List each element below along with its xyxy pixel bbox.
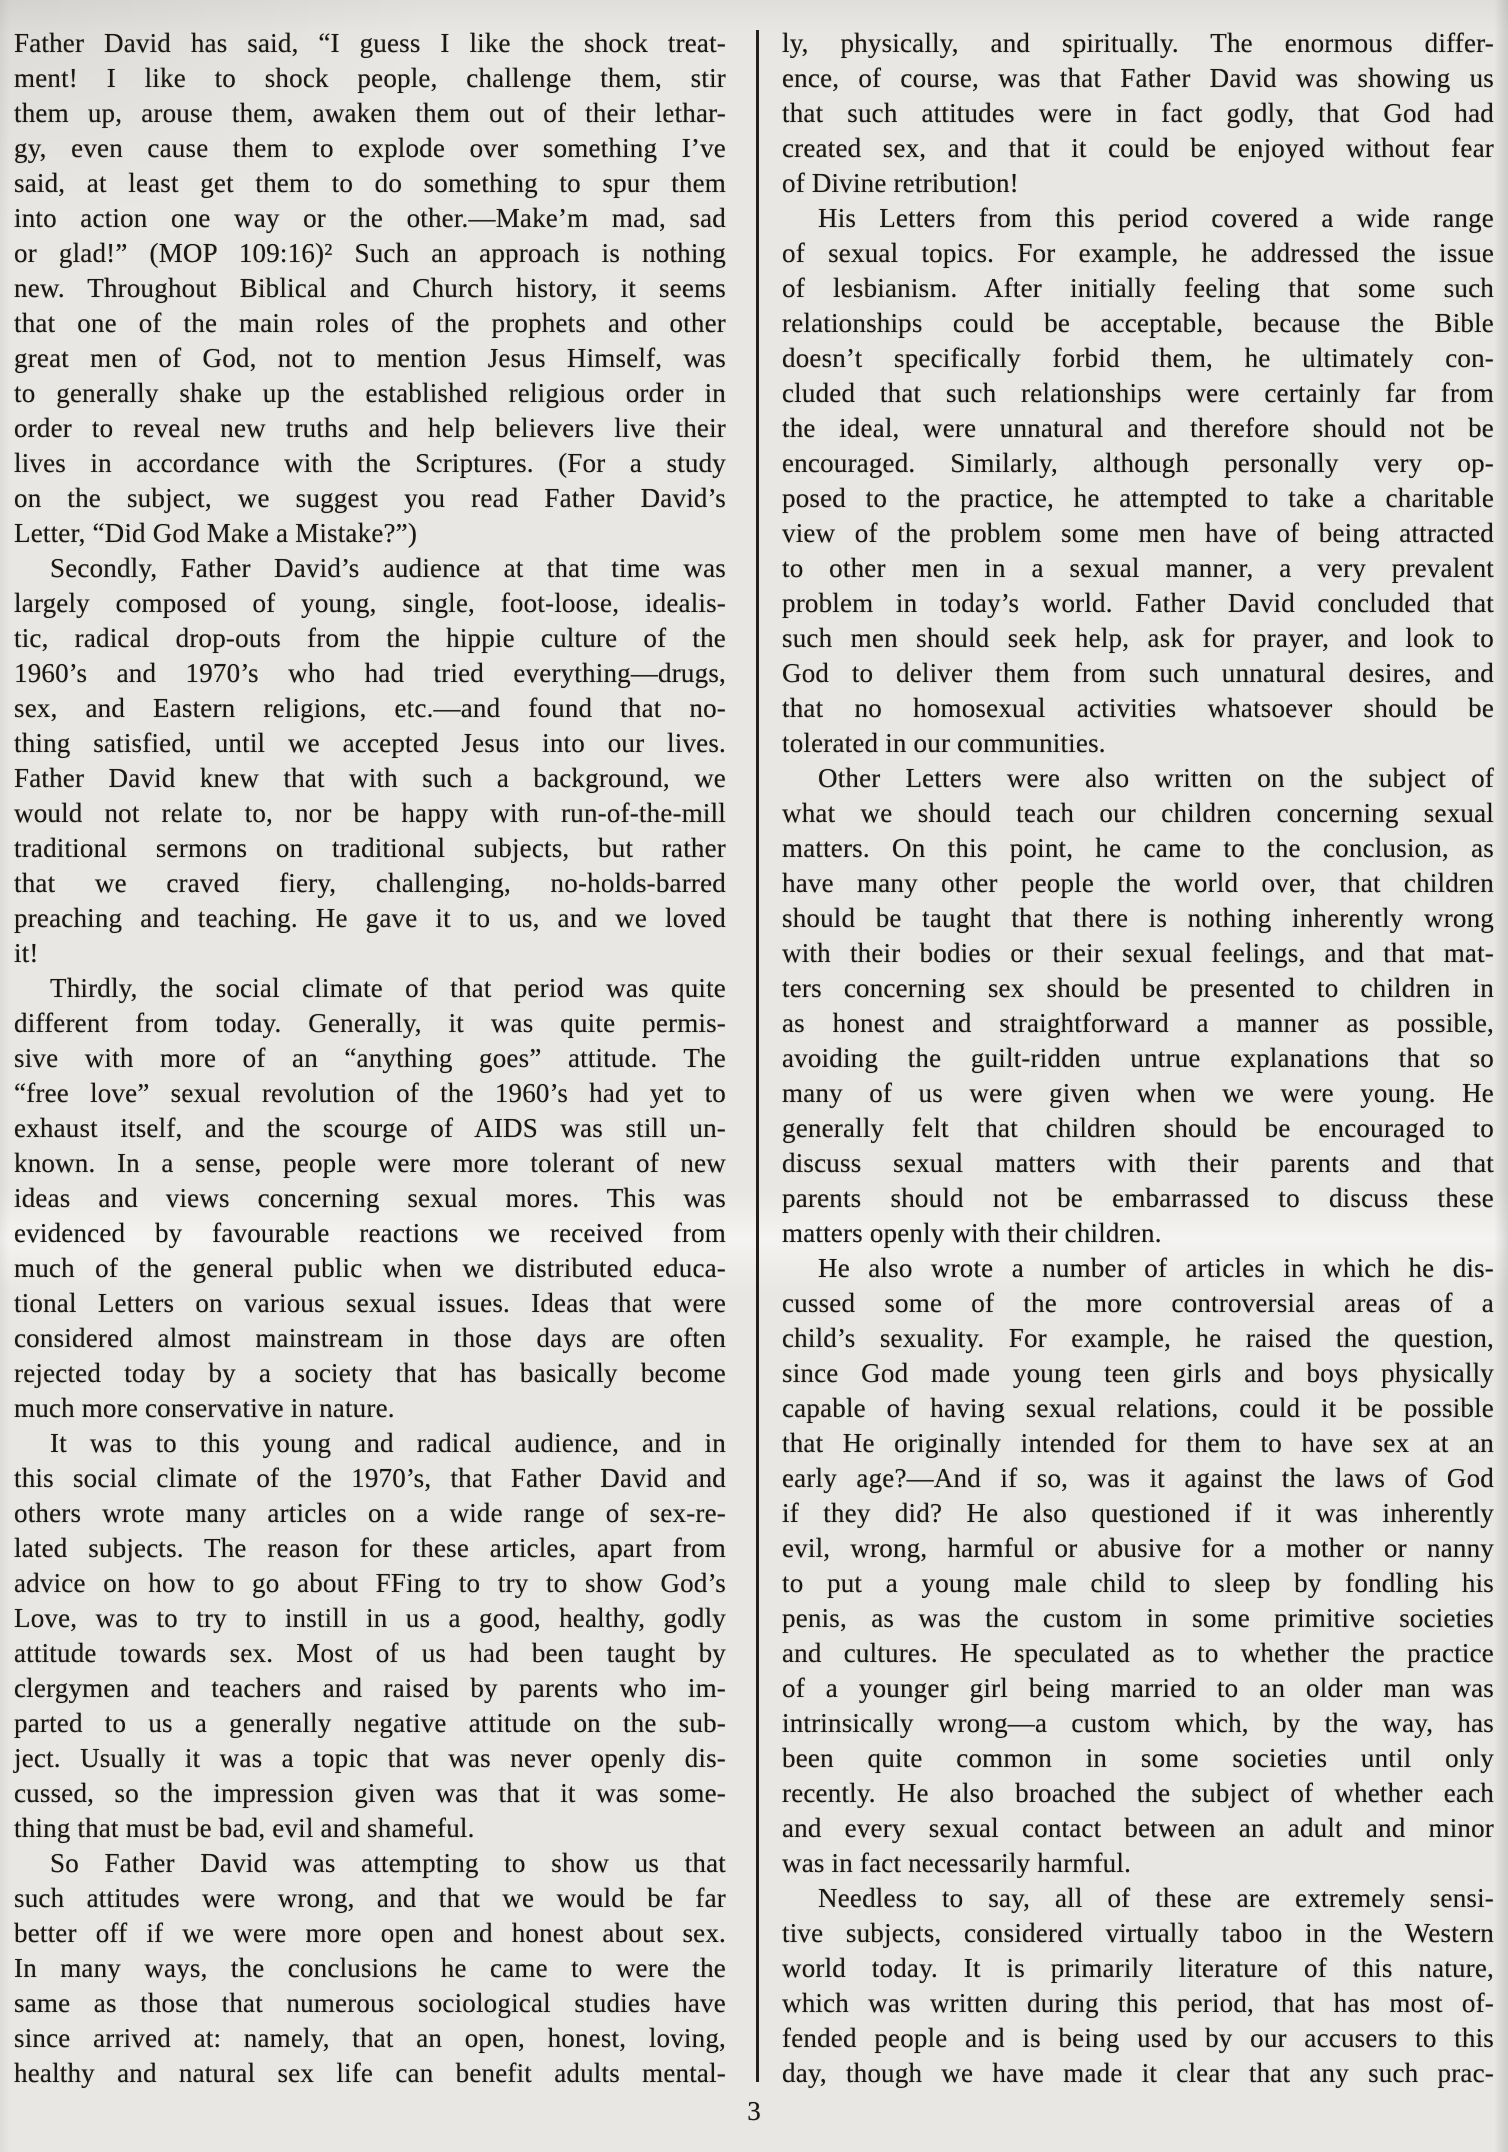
text-line: lated subjects. The reason for these art… — [14, 1531, 726, 1566]
paragraph: His Letters from this period covered a w… — [782, 201, 1494, 761]
text-line: and every sexual contact between an adul… — [782, 1811, 1494, 1846]
text-line: have many other people the world over, t… — [782, 866, 1494, 901]
text-line: or glad!” (MOP 109:16)² Such an approach… — [14, 236, 726, 271]
text-line: sive with more of an “anything goes” att… — [14, 1041, 726, 1076]
text-line: thing that must be bad, evil and shamefu… — [14, 1811, 726, 1846]
text-line: to generally shake up the established re… — [14, 376, 726, 411]
text-line: ideas and views concerning sexual mores.… — [14, 1181, 726, 1216]
text-line: healthy and natural sex life can benefit… — [14, 2056, 726, 2091]
text-line: “free love” sexual revolution of the 196… — [14, 1076, 726, 1111]
text-line: ly, physically, and spiritually. The eno… — [782, 26, 1494, 61]
document-page: Father David has said, “I guess I like t… — [0, 0, 1508, 2152]
text-line: Needless to say, all of these are extrem… — [782, 1881, 1494, 1916]
text-line: problem in today’s world. Father David c… — [782, 586, 1494, 621]
text-line: others wrote many articles on a wide ran… — [14, 1496, 726, 1531]
text-line: posed to the practice, he attempted to t… — [782, 481, 1494, 516]
text-line: such men should seek help, ask for praye… — [782, 621, 1494, 656]
text-line: early age?—And if so, was it against the… — [782, 1461, 1494, 1496]
text-line: of sexual topics. For example, he addres… — [782, 236, 1494, 271]
text-line: gy, even cause them to explode over some… — [14, 131, 726, 166]
text-line: lives in accordance with the Scriptures.… — [14, 446, 726, 481]
text-line: Thirdly, the social climate of that peri… — [14, 971, 726, 1006]
text-line: said, at least get them to do something … — [14, 166, 726, 201]
text-line: largely composed of young, single, foot-… — [14, 586, 726, 621]
text-line: penis, as was the custom in some primiti… — [782, 1601, 1494, 1636]
text-line: of Divine retribution! — [782, 166, 1494, 201]
text-line: that such attitudes were in fact godly, … — [782, 96, 1494, 131]
text-line: Other Letters were also written on the s… — [782, 761, 1494, 796]
text-line: tolerated in our communities. — [782, 726, 1494, 761]
text-line: and cultures. He speculated as to whethe… — [782, 1636, 1494, 1671]
page-number: 3 — [0, 2096, 1508, 2127]
text-line: advice on how to go about FFing to try t… — [14, 1566, 726, 1601]
text-line: that no homosexual activities whatsoever… — [782, 691, 1494, 726]
text-line: view of the problem some men have of bei… — [782, 516, 1494, 551]
text-line: tional Letters on various sexual issues.… — [14, 1286, 726, 1321]
text-line: tive subjects, considered virtually tabo… — [782, 1916, 1494, 1951]
left-column: Father David has said, “I guess I like t… — [14, 26, 726, 2091]
text-line: In many ways, the conclusions he came to… — [14, 1951, 726, 1986]
text-line: been quite common in some societies unti… — [782, 1741, 1494, 1776]
text-line: It was to this young and radical audienc… — [14, 1426, 726, 1461]
text-line: on the subject, we suggest you read Fath… — [14, 481, 726, 516]
text-line: sex, and Eastern religions, etc.—and fou… — [14, 691, 726, 726]
text-line: since God made young teen girls and boys… — [782, 1356, 1494, 1391]
text-line: evidenced by favourable reactions we rec… — [14, 1216, 726, 1251]
text-line: was in fact necessarily harmful. — [782, 1846, 1494, 1881]
text-line: avoiding the guilt-ridden untrue explana… — [782, 1041, 1494, 1076]
text-line: recently. He also broached the subject o… — [782, 1776, 1494, 1811]
text-line: many of us were given when we were young… — [782, 1076, 1494, 1111]
text-line: world today. It is primarily literature … — [782, 1951, 1494, 1986]
text-line: would not relate to, nor be happy with r… — [14, 796, 726, 831]
text-line: of a younger girl being married to an ol… — [782, 1671, 1494, 1706]
text-line: ject. Usually it was a topic that was ne… — [14, 1741, 726, 1776]
text-line: fended people and is being used by our a… — [782, 2021, 1494, 2056]
text-line: that one of the main roles of the prophe… — [14, 306, 726, 341]
text-line: the ideal, were unnatural and therefore … — [782, 411, 1494, 446]
text-line: of lesbianism. After initially feeling t… — [782, 271, 1494, 306]
text-line: that He originally intended for them to … — [782, 1426, 1494, 1461]
text-line: cluded that such relationships were cert… — [782, 376, 1494, 411]
text-line: which was written during this period, th… — [782, 1986, 1494, 2021]
paragraph: Needless to say, all of these are extrem… — [782, 1881, 1494, 2091]
text-line: much more conservative in nature. — [14, 1391, 726, 1426]
text-line: order to reveal new truths and help beli… — [14, 411, 726, 446]
text-line: since arrived at: namely, that an open, … — [14, 2021, 726, 2056]
text-line: into action one way or the other.—Make’m… — [14, 201, 726, 236]
text-line: evil, wrong, harmful or abusive for a mo… — [782, 1531, 1494, 1566]
text-line: it! — [14, 936, 726, 971]
text-line: this social climate of the 1970’s, that … — [14, 1461, 726, 1496]
text-line: tic, radical drop-outs from the hippie c… — [14, 621, 726, 656]
text-line: attitude towards sex. Most of us had bee… — [14, 1636, 726, 1671]
text-line: if they did? He also questioned if it wa… — [782, 1496, 1494, 1531]
text-line: discuss sexual matters with their parent… — [782, 1146, 1494, 1181]
text-line: much of the general public when we distr… — [14, 1251, 726, 1286]
text-line: known. In a sense, people were more tole… — [14, 1146, 726, 1181]
paragraph: Father David has said, “I guess I like t… — [14, 26, 726, 551]
text-line: Secondly, Father David’s audience at tha… — [14, 551, 726, 586]
text-line: He also wrote a number of articles in wh… — [782, 1251, 1494, 1286]
text-line: relationships could be acceptable, becau… — [782, 306, 1494, 341]
text-line: Father David knew that with such a backg… — [14, 761, 726, 796]
text-line: matters. On this point, he came to the c… — [782, 831, 1494, 866]
text-line: traditional sermons on traditional subje… — [14, 831, 726, 866]
text-line: clergymen and teachers and raised by par… — [14, 1671, 726, 1706]
text-line: Letter, “Did God Make a Mistake?”) — [14, 516, 726, 551]
paragraph: Thirdly, the social climate of that peri… — [14, 971, 726, 1426]
text-line: what we should teach our children concer… — [782, 796, 1494, 831]
text-line: intrinsically wrong—a custom which, by t… — [782, 1706, 1494, 1741]
text-line: better off if we were more open and hone… — [14, 1916, 726, 1951]
paragraph: So Father David was attempting to show u… — [14, 1846, 726, 2091]
text-line: as honest and straightforward a manner a… — [782, 1006, 1494, 1041]
text-line: such attitudes were wrong, and that we w… — [14, 1881, 726, 1916]
paragraph: ly, physically, and spiritually. The eno… — [782, 26, 1494, 201]
paragraph: He also wrote a number of articles in wh… — [782, 1251, 1494, 1881]
text-line: them up, arouse them, awaken them out of… — [14, 96, 726, 131]
text-line: that we craved fiery, challenging, no-ho… — [14, 866, 726, 901]
text-line: generally felt that children should be e… — [782, 1111, 1494, 1146]
text-line: Father David has said, “I guess I like t… — [14, 26, 726, 61]
text-line: Love, was to try to instill in us a good… — [14, 1601, 726, 1636]
text-line: different from today. Generally, it was … — [14, 1006, 726, 1041]
text-line: So Father David was attempting to show u… — [14, 1846, 726, 1881]
text-line: great men of God, not to mention Jesus H… — [14, 341, 726, 376]
text-line: ment! I like to shock people, challenge … — [14, 61, 726, 96]
text-line: same as those that numerous sociological… — [14, 1986, 726, 2021]
right-column: ly, physically, and spiritually. The eno… — [782, 26, 1494, 2091]
text-line: cussed, so the impression given was that… — [14, 1776, 726, 1811]
text-line: encouraged. Similarly, although personal… — [782, 446, 1494, 481]
text-line: to other men in a sexual manner, a very … — [782, 551, 1494, 586]
text-line: new. Throughout Biblical and Church hist… — [14, 271, 726, 306]
text-line: ence, of course, was that Father David w… — [782, 61, 1494, 96]
text-line: created sex, and that it could be enjoye… — [782, 131, 1494, 166]
text-line: day, though we have made it clear that a… — [782, 2056, 1494, 2091]
paragraph: Other Letters were also written on the s… — [782, 761, 1494, 1251]
paragraph: Secondly, Father David’s audience at tha… — [14, 551, 726, 971]
text-line: capable of having sexual relations, coul… — [782, 1391, 1494, 1426]
text-line: doesn’t specifically forbid them, he ult… — [782, 341, 1494, 376]
text-line: God to deliver them from such unnatural … — [782, 656, 1494, 691]
text-line: parents should not be embarrassed to dis… — [782, 1181, 1494, 1216]
text-line: ters concerning sex should be presented … — [782, 971, 1494, 1006]
text-line: parted to us a generally negative attitu… — [14, 1706, 726, 1741]
text-line: thing satisfied, until we accepted Jesus… — [14, 726, 726, 761]
text-line: rejected today by a society that has bas… — [14, 1356, 726, 1391]
text-line: His Letters from this period covered a w… — [782, 201, 1494, 236]
text-line: cussed some of the more controversial ar… — [782, 1286, 1494, 1321]
text-line: considered almost mainstream in those da… — [14, 1321, 726, 1356]
column-divider-line — [756, 30, 759, 2082]
paragraph: It was to this young and radical audienc… — [14, 1426, 726, 1846]
text-line: should be taught that there is nothing i… — [782, 901, 1494, 936]
text-line: matters openly with their children. — [782, 1216, 1494, 1251]
text-line: to put a young male child to sleep by fo… — [782, 1566, 1494, 1601]
text-line: with their bodies or their sexual feelin… — [782, 936, 1494, 971]
text-line: preaching and teaching. He gave it to us… — [14, 901, 726, 936]
text-line: child’s sexuality. For example, he raise… — [782, 1321, 1494, 1356]
text-line: 1960’s and 1970’s who had tried everythi… — [14, 656, 726, 691]
text-line: exhaust itself, and the scourge of AIDS … — [14, 1111, 726, 1146]
